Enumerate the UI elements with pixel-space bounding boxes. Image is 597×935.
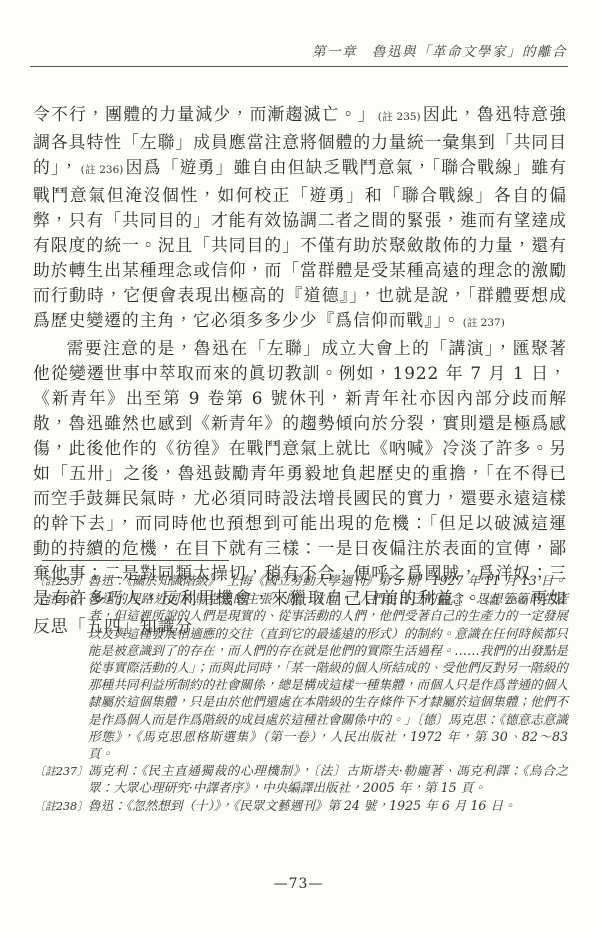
header-rule: [30, 66, 568, 67]
footnote-text: 魯迅：《忽然想到（十）》，《民眾文藝週刊》第 24 號，1925 年 6 月 1…: [88, 797, 568, 815]
footnote-separator: [42, 560, 229, 561]
note-reference: (註 236): [79, 164, 126, 176]
footnote-text: 馮克利：《民主直通獨裁的心理機制》，〔法〕古斯塔夫·勒龐著、馮克利譯：《烏合之眾…: [88, 762, 568, 796]
footnote-label: 〔註238〕: [34, 797, 88, 815]
text-run: 因爲「遊勇」雖自由但缺乏戰鬥意氣，「聯合戰線」雖有戰鬥意氣但淹沒個性，如何校正「…: [33, 157, 567, 330]
page-number: —73—: [0, 876, 597, 892]
body-text: 令不行，團體的力量減少，而漸趨滅亡。」(註 235)因此，魯迅特意強調各具特性「…: [33, 102, 567, 639]
body-paragraph: 令不行，團體的力量減少，而漸趨滅亡。」(註 235)因此，魯迅特意強調各具特性「…: [33, 102, 567, 336]
footnote-label: 〔註235〕: [34, 572, 88, 590]
note-reference: (註 237): [461, 317, 507, 329]
footnote-text: 魯迅的理路近同於馬克思的主張，即一方面，「人們是自己的觀念、思想等等的生產者，但…: [88, 590, 568, 762]
footnote-text: 魯迅：《關於知識階級》，上海《國立勞動大學週刊》第 5 期，1927 年 11 …: [88, 572, 568, 590]
note-reference: (註 235): [376, 111, 423, 123]
footnote-label: 〔註237〕: [34, 762, 88, 796]
footnote-item: 〔註238〕魯迅：《忽然想到（十）》，《民眾文藝週刊》第 24 號，1925 年…: [34, 797, 568, 815]
text-run: 需要注意的是，魯迅在「左聯」成立大會上的「講演」，匯聚著他從變遷世事中萃取而來的…: [33, 338, 567, 608]
footnote-item: 〔註236〕魯迅的理路近同於馬克思的主張，即一方面，「人們是自己的觀念、思想等等…: [34, 590, 568, 762]
document-page: 第一章 魯迅與「革命文學家」的離合 令不行，團體的力量減少，而漸趨滅亡。」(註 …: [0, 0, 597, 935]
footnote-item: 〔註237〕馮克利：《民主直通獨裁的心理機制》，〔法〕古斯塔夫·勒龐著、馮克利譯…: [34, 762, 568, 796]
running-header: 第一章 魯迅與「革命文學家」的離合: [30, 40, 567, 60]
footnote-item: 〔註235〕魯迅：《關於知識階級》，上海《國立勞動大學週刊》第 5 期，1927…: [34, 572, 568, 590]
footnote-label: 〔註236〕: [34, 590, 88, 762]
footnotes: 〔註235〕魯迅：《關於知識階級》，上海《國立勞動大學週刊》第 5 期，1927…: [34, 572, 568, 815]
text-run: 令不行，團體的力量減少，而漸趨滅亡。」: [33, 104, 376, 124]
